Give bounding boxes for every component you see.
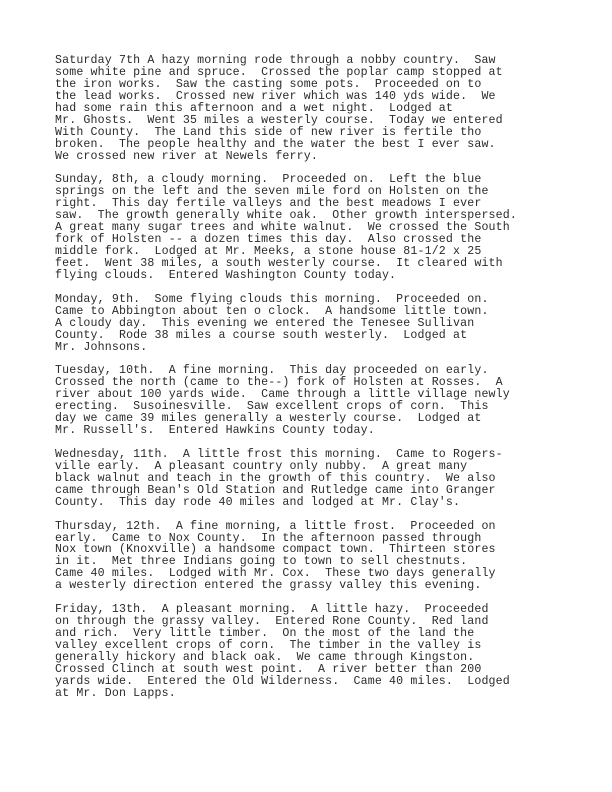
text-line: Monday, 9th. Some flying clouds this mor… <box>55 294 595 306</box>
text-line: With County. The Land this side of new r… <box>55 127 595 139</box>
text-line: Thursday, 12th. A fine morning, a little… <box>55 521 595 533</box>
text-line: had some rain this afternoon and a wet n… <box>55 103 595 115</box>
text-line: County. Rode 38 miles a course south wes… <box>55 330 595 342</box>
text-line: at Mr. Don Lapps. <box>55 688 595 700</box>
text-line: A cloudy day. This evening we entered th… <box>55 318 595 330</box>
text-line: Mr. Ghosts. Went 35 miles a westerly cou… <box>55 115 595 127</box>
text-line: yards wide. Entered the Old Wilderness. … <box>55 676 595 688</box>
journal-entry-saturday: Saturday 7th A hazy morning rode through… <box>55 55 595 162</box>
text-line: came through Bean's Old Station and Rutl… <box>55 485 595 497</box>
text-line: broken. The people healthy and the water… <box>55 139 595 151</box>
text-line: Mr. Russell's. Entered Hawkins County to… <box>55 425 595 437</box>
journal-entry-friday: Friday, 13th. A pleasant morning. A litt… <box>55 604 595 700</box>
text-line: flying clouds. Entered Washington County… <box>55 270 595 282</box>
journal-entry-thursday: Thursday, 12th. A fine morning, a little… <box>55 521 595 593</box>
journal-entry-monday: Monday, 9th. Some flying clouds this mor… <box>55 294 595 354</box>
typewritten-journal-page: Saturday 7th A hazy morning rode through… <box>55 55 595 712</box>
text-line: Mr. Johnsons. <box>55 342 595 354</box>
text-line: County. This day rode 40 miles and lodge… <box>55 497 595 509</box>
text-line: Came to Abbington about ten o clock. A h… <box>55 306 595 318</box>
text-line: black walnut and teach in the growth of … <box>55 473 595 485</box>
text-line: Crossed Clinch at south west point. A ri… <box>55 664 595 676</box>
text-line: the lead works. Crossed new river which … <box>55 91 595 103</box>
journal-entry-sunday: Sunday, 8th, a cloudy morning. Proceeded… <box>55 174 595 281</box>
journal-entry-tuesday: Tuesday, 10th. A fine morning. This day … <box>55 365 595 437</box>
journal-entry-wednesday: Wednesday, 11th. A little frost this mor… <box>55 449 595 509</box>
text-line: We crossed new river at Newels ferry. <box>55 151 595 163</box>
text-line: a westerly direction entered the grassy … <box>55 580 595 592</box>
